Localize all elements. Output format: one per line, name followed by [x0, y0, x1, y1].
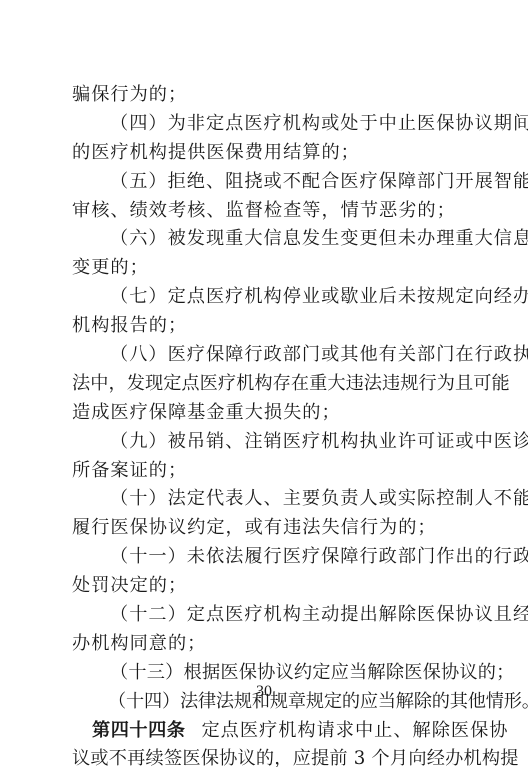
- list-item-9: （九）被吊销、注销医疗机构执业许可证或中医诊: [72, 428, 460, 457]
- text-line: 办机构同意的；: [72, 630, 460, 659]
- text-line: 的医疗机构提供医保费用结算的；: [72, 139, 460, 168]
- list-item-11: （十一）未依法履行医疗保障行政部门作出的行政: [72, 543, 460, 572]
- text-line: 骗保行为的；: [72, 81, 460, 110]
- document-page: 骗保行为的； （四）为非定点医疗机构或处于中止医保协议期间 的医疗机构提供医保费…: [0, 0, 528, 767]
- text-line: 变更的；: [72, 254, 460, 283]
- text-line: 机构报告的；: [72, 312, 460, 341]
- document-body: 骗保行为的； （四）为非定点医疗机构或处于中止医保协议期间 的医疗机构提供医保费…: [72, 81, 460, 767]
- page-number: 30: [0, 683, 528, 701]
- text-line: 法中，发现定点医疗机构存在重大违法违规行为且可能: [72, 370, 460, 399]
- list-item-6: （六）被发现重大信息发生变更但未办理重大信息: [72, 225, 460, 254]
- article-44-second-line: 议或不再续签医保协议的，应提前 3 个月向经办机构提: [72, 745, 460, 767]
- article-44-first-line: 第四十四条定点医疗机构请求中止、解除医保协: [72, 717, 460, 746]
- article-heading: 第四十四条: [92, 720, 185, 741]
- list-item-5: （五）拒绝、阻挠或不配合医疗保障部门开展智能: [72, 168, 460, 197]
- text-line: 审核、绩效考核、监督检查等，情节恶劣的；: [72, 197, 460, 226]
- list-item-10: （十）法定代表人、主要负责人或实际控制人不能: [72, 485, 460, 514]
- text-line: 造成医疗保障基金重大损失的；: [72, 399, 460, 428]
- list-item-7: （七）定点医疗机构停业或歇业后未按规定向经办: [72, 283, 460, 312]
- text-line: 所备案证的；: [72, 457, 460, 486]
- text-line: 处罚决定的；: [72, 572, 460, 601]
- text-line: 履行医保协议约定，或有违法失信行为的；: [72, 514, 460, 543]
- article-text: 定点医疗机构请求中止、解除医保协: [201, 720, 508, 741]
- list-item-12: （十二）定点医疗机构主动提出解除医保协议且经: [72, 601, 460, 630]
- list-item-4: （四）为非定点医疗机构或处于中止医保协议期间: [72, 110, 460, 139]
- list-item-8: （八）医疗保障行政部门或其他有关部门在行政执: [72, 341, 460, 370]
